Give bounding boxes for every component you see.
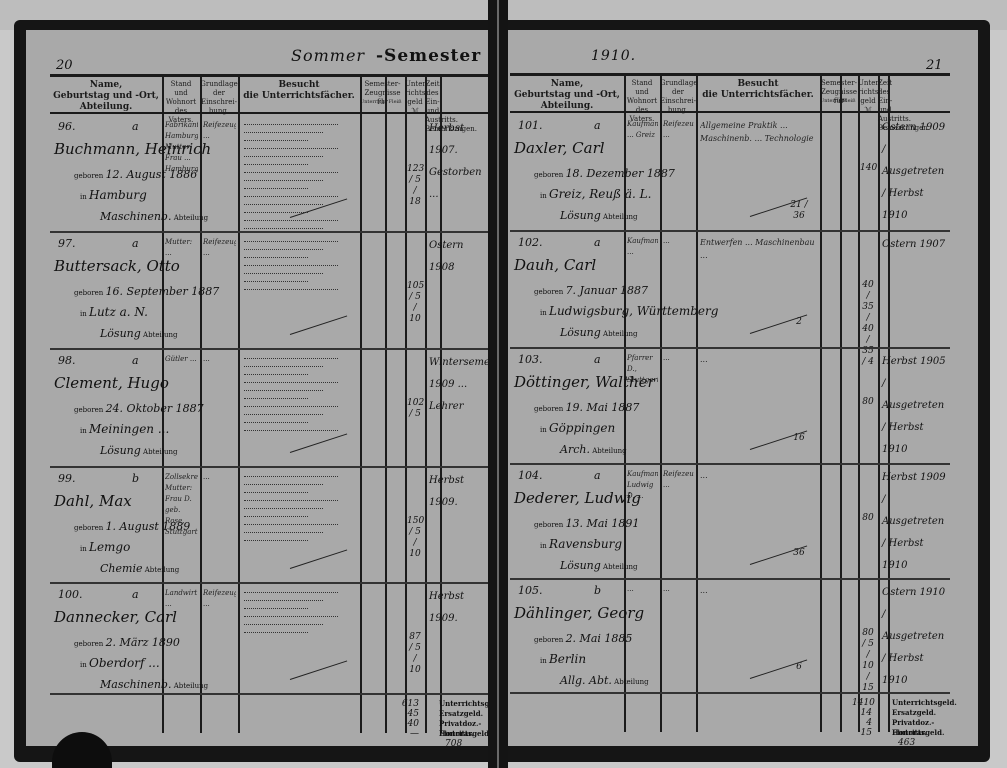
row-divider — [50, 231, 494, 233]
entry-abteilung-letter: a — [594, 236, 601, 249]
entry-number: 105. — [518, 584, 543, 597]
subject-line — [244, 524, 338, 526]
subject-line — [244, 289, 338, 291]
header-line: richts- — [858, 88, 878, 97]
column-header-name: Name,Geburtstag und -Ort,Abteilung. — [50, 80, 162, 113]
row-divider — [50, 348, 494, 350]
entry-abteilung-letter: a — [594, 469, 601, 482]
page-number: 20 — [56, 58, 73, 73]
total-value: 45 — [399, 709, 419, 719]
subjects: ... — [700, 469, 816, 482]
birthplace: Lemgo — [89, 540, 130, 554]
subject-line — [244, 632, 308, 634]
spine-gutter — [497, 0, 499, 768]
tuition-fee: 150 / 5 / 10 — [407, 516, 423, 560]
subject-line — [244, 188, 308, 190]
header-line: Besucht — [696, 79, 820, 90]
right-page: 1910. 21 Name,Geburtstag und -Ort,Abteil… — [506, 30, 978, 746]
header-line: Name, — [510, 79, 624, 90]
subject-line — [244, 228, 323, 230]
enrollment-basis: Reifezeugnis ... — [663, 469, 694, 574]
total-label: Ersatzgeld. — [892, 708, 936, 718]
hours-total: 36 — [784, 548, 814, 559]
remark: Ostern 1909 / Ausgetreten / Herbst 1910 — [882, 117, 948, 227]
hours-total: 6 — [784, 662, 814, 673]
enrollment-basis: ... — [663, 584, 694, 688]
student-name: Dählinger, Georg — [514, 604, 644, 622]
total-slash — [290, 198, 347, 217]
birthplace-line: in Hamburg — [80, 188, 147, 202]
column-divider — [385, 76, 387, 733]
entry-number: 101. — [518, 119, 543, 132]
register-table: Name,Geburtstag und -Ort,Abteilung.Stand… — [50, 76, 494, 716]
column-header-geld: Unter-richts-geldℳ — [405, 80, 425, 116]
tuition-fee: 102 / 5 — [407, 398, 423, 420]
subject-line — [244, 508, 323, 510]
header-line: Besucht — [238, 80, 360, 91]
total-slash — [290, 549, 347, 568]
subject-line — [244, 132, 323, 134]
department-line: Arch. Abteilung — [560, 443, 627, 456]
enrollment-basis: ... — [203, 472, 236, 578]
subject-line — [244, 600, 323, 602]
header-line: Einschrei- — [200, 98, 238, 107]
birthplace-line: in Meiningen ... — [80, 422, 169, 436]
father-info: Fabrikant, Hamburg, Mutter: Frau ... Ham… — [165, 120, 198, 227]
student-name: Clement, Hugo — [54, 374, 169, 392]
header-line: Wohnort — [162, 98, 200, 107]
born-label: geboren — [74, 406, 103, 414]
student-name: Daxler, Carl — [514, 139, 605, 157]
subheader-1: Fleiß — [385, 98, 405, 107]
row-divider — [510, 347, 950, 349]
subject-line — [244, 516, 308, 518]
entry-number: 103. — [518, 353, 543, 366]
total-value: 14 — [852, 708, 872, 718]
header-line: Wohnort — [624, 97, 660, 106]
department-label: Abteilung — [592, 447, 626, 455]
entry-abteilung-letter: a — [594, 353, 601, 366]
subject-line — [244, 148, 338, 150]
header-line: Abteilung. — [510, 101, 624, 112]
student-name: Dannecker, Carl — [54, 608, 177, 626]
header-line: Grundlage — [200, 80, 238, 89]
column-divider — [878, 75, 880, 732]
register-table: Name,Geburtstag und -Ort,Abteilung.Stand… — [510, 75, 950, 715]
born-label: geboren — [534, 288, 563, 296]
birth-line: geboren 2. Mai 1885 — [534, 632, 632, 645]
department: Lösung — [100, 327, 141, 340]
header-line: Unter- — [405, 80, 425, 89]
header-line: Einschrei- — [660, 97, 696, 106]
department: Maschinenb. — [100, 210, 171, 223]
student-name: Dederer, Ludwig — [514, 489, 641, 507]
enrollment-basis: Reifezeugnis ... — [203, 588, 236, 689]
total-label: Unterrichtsgeld. — [892, 698, 957, 708]
birthplace-line: in Berlin — [540, 652, 586, 666]
enrollment-basis: ... — [663, 236, 694, 343]
total-slash — [290, 315, 347, 334]
department: Allg. Abt. — [560, 674, 612, 687]
header-line: und — [624, 88, 660, 97]
header-line: Name, — [50, 80, 162, 91]
header-line: geld — [858, 97, 878, 106]
header-line: Abteilung. — [50, 102, 162, 113]
birth-line: geboren 19. Mai 1887 — [534, 401, 639, 414]
header-line: des — [162, 107, 200, 116]
row-divider — [510, 578, 950, 580]
father-info: Kaufmann ... Greiz — [627, 119, 658, 226]
entry-abteilung-letter: a — [132, 120, 139, 133]
entry-number: 99. — [58, 472, 76, 485]
entry-number: 98. — [58, 354, 76, 367]
birthplace-line: in Göppingen — [540, 421, 615, 435]
total-label: Eintrittsgeld. — [439, 729, 491, 739]
department-line: Lösung Abteilung — [560, 559, 638, 572]
hours-total: 16 — [784, 433, 814, 444]
birthplace: Berlin — [549, 652, 586, 666]
subject-line — [244, 265, 338, 267]
header-line: Semester- — [360, 80, 405, 89]
column-header-grundlage: GrundlagederEinschrei-bung. — [660, 79, 696, 115]
in-label: in — [540, 192, 547, 200]
subject-line — [244, 196, 338, 198]
total-value: 1410 — [852, 698, 872, 708]
subject-line — [244, 281, 308, 283]
birthplace: Meiningen ... — [89, 422, 169, 436]
subject-line — [244, 382, 338, 384]
semester-handwritten: Sommer — [291, 46, 365, 65]
header-line: und — [162, 89, 200, 98]
subject-line — [244, 172, 338, 174]
subject-line — [244, 358, 338, 360]
subject-line — [244, 540, 308, 542]
in-label: in — [540, 542, 547, 550]
department: Chemie — [100, 562, 142, 575]
row-divider — [50, 466, 494, 468]
remark: Ostern 1908 — [429, 235, 492, 279]
birth-date: 18. Dezember 1887 — [566, 167, 675, 180]
in-label: in — [540, 657, 547, 665]
header-line: bung. — [660, 106, 696, 115]
header-line: Stand — [624, 79, 660, 88]
row-divider — [510, 463, 950, 465]
tuition-fee: 140 — [860, 163, 876, 174]
year-handwritten: 1910. — [591, 48, 636, 64]
birthplace-line: in Ravensburg — [540, 537, 622, 551]
total-label: Ersatzgeld. — [439, 709, 483, 719]
subject-line — [244, 398, 308, 400]
header-line: die Unterrichtsfächer. — [238, 91, 360, 102]
total-value: — — [399, 729, 419, 739]
entry-number: 100. — [58, 588, 83, 601]
hours-total: 2 — [784, 317, 814, 328]
column-header-geld: Unter-richts-geldℳ — [858, 79, 878, 115]
born-label: geboren — [534, 171, 563, 179]
department: Maschinenb. — [100, 678, 171, 691]
subject-line — [244, 164, 308, 166]
row-divider — [510, 230, 950, 232]
entry-abteilung-letter: a — [132, 354, 139, 367]
header-line: Zeit des Ein- und — [425, 80, 440, 116]
header-line: geld — [405, 98, 425, 107]
left-page: 20 Sommer -Semester Name,Geburtstag und … — [26, 30, 496, 746]
tuition-fee: 80 / 5 / 10 / 15 — [860, 628, 876, 694]
subject-line — [244, 592, 338, 594]
subject-line — [244, 180, 323, 182]
subject-line — [244, 492, 308, 494]
header-line: ℳ — [858, 106, 878, 115]
student-name: Buttersack, Otto — [54, 257, 180, 275]
enrollment-basis: ... — [663, 353, 694, 459]
born-label: geboren — [74, 524, 103, 532]
tuition-fee: 123 / 5 / 18 — [407, 164, 423, 208]
enrollment-basis: Reifezeugnis ... — [203, 120, 236, 227]
subject-line — [244, 249, 323, 251]
subject-line — [244, 390, 323, 392]
entry-abteilung-letter: b — [594, 584, 601, 597]
father-info: Pfarrer D., Stuttgart — [627, 353, 658, 459]
column-divider — [360, 76, 362, 733]
birthplace-line: in Oberdorf ... — [80, 656, 160, 670]
subjects: ... — [700, 584, 816, 597]
remark: Herbst 1905 / Ausgetreten / Herbst 1910 — [882, 351, 948, 461]
birth-date: 2. Mai 1885 — [566, 632, 633, 645]
subject-line — [244, 273, 323, 275]
header-line: Zeit des Ein- und — [878, 79, 888, 115]
entry-abteilung-letter: a — [132, 588, 139, 601]
birthplace-line: in Lemgo — [80, 540, 130, 554]
column-divider — [840, 75, 842, 732]
total-value: 15 — [852, 728, 872, 738]
father-info: Mutter: ... — [165, 237, 198, 344]
column-header-stand: StandundWohnortdesVaters. — [162, 80, 200, 125]
remark: Herbst 1909. — [429, 470, 492, 514]
subject-line — [244, 430, 338, 432]
remark: Herbst 1909 / Ausgetreten / Herbst 1910 — [882, 467, 948, 577]
subject-line — [244, 241, 338, 243]
total-slash — [290, 433, 347, 452]
total-value: 40 — [399, 719, 419, 729]
born-label: geboren — [534, 405, 563, 413]
column-header-besucht: Besuchtdie Unterrichtsfächer. — [238, 80, 360, 102]
footer-rule — [50, 693, 494, 695]
subject-line — [244, 422, 308, 424]
department: Lösung — [560, 559, 601, 572]
father-info: ... — [627, 584, 658, 688]
subjects: Entwerfen ... Maschinenbau ... — [700, 236, 816, 262]
department: Lösung — [560, 209, 601, 222]
subject-line — [244, 204, 323, 206]
header-line: Semester- — [820, 79, 858, 88]
remark: Wintersemester 1909 ... Lehrer — [429, 352, 492, 418]
entry-number: 102. — [518, 236, 543, 249]
entry-abteilung-letter: a — [132, 237, 139, 250]
father-info: Kaufmann ... — [627, 236, 658, 343]
enrollment-basis: Reifezeugnis ... — [663, 119, 694, 226]
column-divider — [238, 76, 240, 733]
enrollment-basis: ... — [203, 354, 236, 462]
tuition-fee: 80 — [860, 513, 876, 524]
birthplace: Göppingen — [549, 421, 615, 435]
tuition-fee: 80 — [860, 397, 876, 408]
page-number: 21 — [926, 58, 943, 73]
header-line: Geburtstag und -Ort, — [50, 91, 162, 102]
born-label: geboren — [534, 521, 563, 529]
remark: Herbst 1909. — [429, 586, 492, 630]
father-info: Zollsekretär, Mutter: Frau D. geb. Rose,… — [165, 472, 198, 578]
total-sum: 463 — [898, 738, 928, 748]
total-value: 4 — [852, 718, 872, 728]
in-label: in — [80, 193, 87, 201]
subject-line — [244, 257, 308, 259]
subject-line — [244, 366, 323, 368]
student-name: Dahl, Max — [54, 492, 132, 510]
column-header-besucht: Besuchtdie Unterrichtsfächer. — [696, 79, 820, 101]
tuition-fee: 105 / 5 / 10 — [407, 281, 423, 325]
column-divider — [425, 76, 427, 733]
subheader-0: Unterricht — [360, 98, 385, 107]
tuition-fee: 87 / 5 / 10 — [407, 632, 423, 676]
subject-line — [244, 532, 323, 534]
subject-line — [244, 414, 323, 416]
subject-line — [244, 624, 323, 626]
father-info: Landwirt ... — [165, 588, 198, 689]
born-label: geboren — [74, 640, 103, 648]
header-line: bung. — [200, 107, 238, 116]
header-line: Stand — [162, 80, 200, 89]
in-label: in — [80, 310, 87, 318]
birthplace: Oberdorf ... — [89, 656, 160, 670]
column-header-grundlage: GrundlagederEinschrei-bung. — [200, 80, 238, 116]
department: Arch. — [560, 443, 590, 456]
total-slash — [290, 660, 347, 679]
department: Lösung — [560, 326, 601, 339]
father-info: Gütler ... — [165, 354, 198, 462]
birthplace: Ravensburg — [549, 537, 622, 551]
header-line: der — [660, 88, 696, 97]
subject-line — [244, 220, 338, 222]
header-line: Geburtstag und -Ort, — [510, 90, 624, 101]
subject-line — [244, 140, 308, 142]
in-label: in — [80, 545, 87, 553]
entry-number: 96. — [58, 120, 76, 133]
born-label: geboren — [74, 172, 103, 180]
header-line: Unter- — [858, 79, 878, 88]
header-line: richts- — [405, 89, 425, 98]
column-divider — [820, 75, 822, 732]
header-line: ℳ — [405, 107, 425, 116]
subject-line — [244, 156, 323, 158]
column-header-name: Name,Geburtstag und -Ort,Abteilung. — [510, 79, 624, 112]
header-line: die Unterrichtsfächer. — [696, 90, 820, 101]
student-name: Dauh, Carl — [514, 256, 596, 274]
birthplace: Hamburg — [89, 188, 147, 202]
entry-abteilung-letter: a — [594, 119, 601, 132]
header-line: des — [624, 106, 660, 115]
total-sum: 708 — [445, 739, 475, 749]
entry-number: 104. — [518, 469, 543, 482]
column-divider — [696, 75, 698, 732]
header-line: Grundlage — [660, 79, 696, 88]
subject-line — [244, 608, 308, 610]
semester-title: -Semester — [376, 46, 481, 66]
subject-line — [244, 616, 338, 618]
enrollment-basis: Reifezeugnis ... — [203, 237, 236, 344]
in-label: in — [80, 427, 87, 435]
total-value: 613 — [399, 699, 419, 709]
subjects: ... — [700, 353, 816, 366]
subjects: Allgemeine Praktik ... Maschinenb. ... T… — [700, 119, 816, 145]
father-info: Kaufmann, Ludwig D. ... — [627, 469, 658, 574]
column-header-stand: StandundWohnortdesVaters. — [624, 79, 660, 124]
department-line: Lösung Abteilung — [560, 209, 638, 222]
total-label: Eintrittsgeld. — [892, 728, 944, 738]
subject-line — [244, 476, 338, 478]
subject-line — [244, 484, 323, 486]
in-label: in — [540, 309, 547, 317]
in-label: in — [80, 661, 87, 669]
subject-line — [244, 124, 338, 126]
tuition-fee: 40 / 35 / 40 / 35 / 4 — [860, 280, 876, 368]
department-line: Lösung Abteilung — [560, 326, 638, 339]
entry-number: 97. — [58, 237, 76, 250]
subject-line — [244, 406, 338, 408]
birth-line: geboren 13. Mai 1891 — [534, 517, 639, 530]
subject-line — [244, 500, 338, 502]
in-label: in — [540, 426, 547, 434]
subheader-1: Fleiß — [840, 97, 858, 106]
remark: Ostern 1910 / Ausgetreten / Herbst 1910 — [882, 582, 948, 692]
entry-abteilung-letter: b — [132, 472, 139, 485]
birthplace: Lutz a. N. — [89, 305, 148, 319]
footer-rule — [510, 692, 950, 694]
born-label: geboren — [534, 636, 563, 644]
header-line: der — [200, 89, 238, 98]
remark: Herbst 1907. Gestorben ... — [429, 118, 492, 206]
row-divider — [50, 582, 494, 584]
remark: Ostern 1907 — [882, 234, 948, 256]
birthplace-line: in Lutz a. N. — [80, 305, 148, 319]
subject-line — [244, 374, 308, 376]
department: Lösung — [100, 444, 141, 457]
born-label: geboren — [74, 289, 103, 297]
subheader-0: Unterricht — [820, 97, 840, 106]
